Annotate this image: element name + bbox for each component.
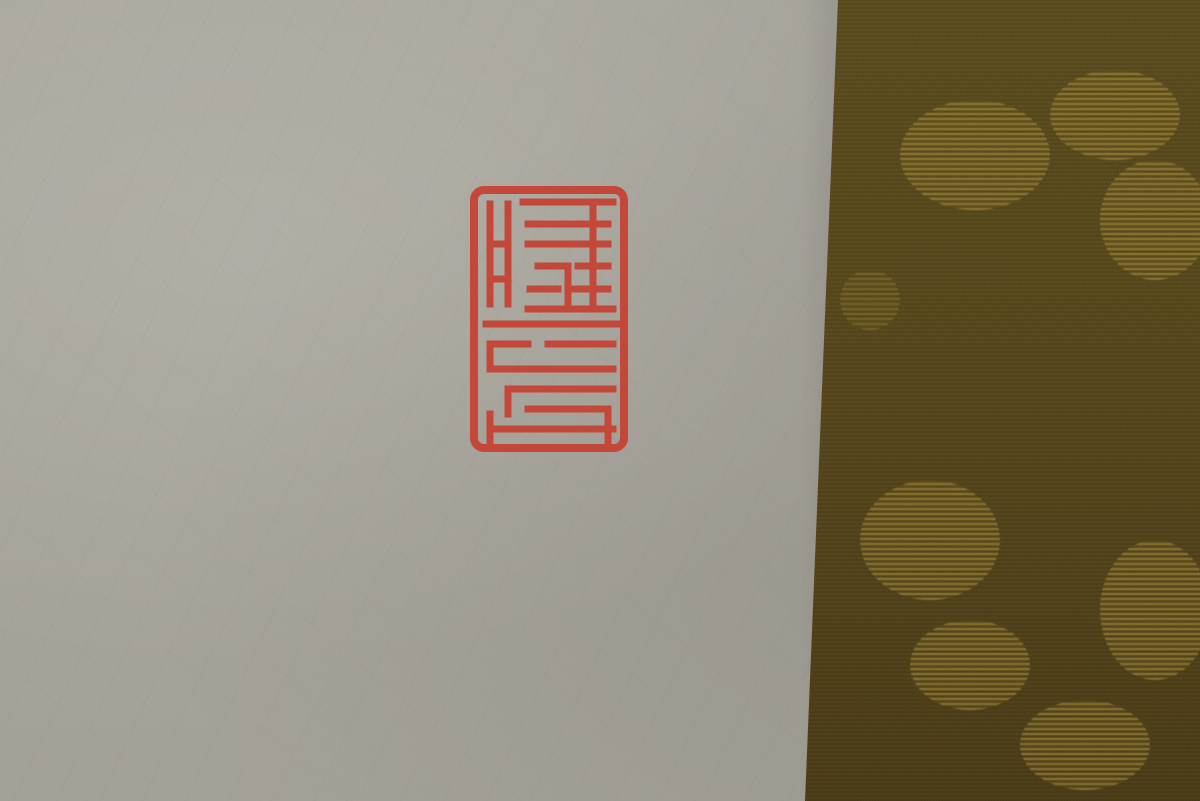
red-seal-stamp: [468, 184, 630, 454]
scroll-photo: [0, 0, 1200, 801]
brocade-mounting: [800, 0, 1200, 801]
